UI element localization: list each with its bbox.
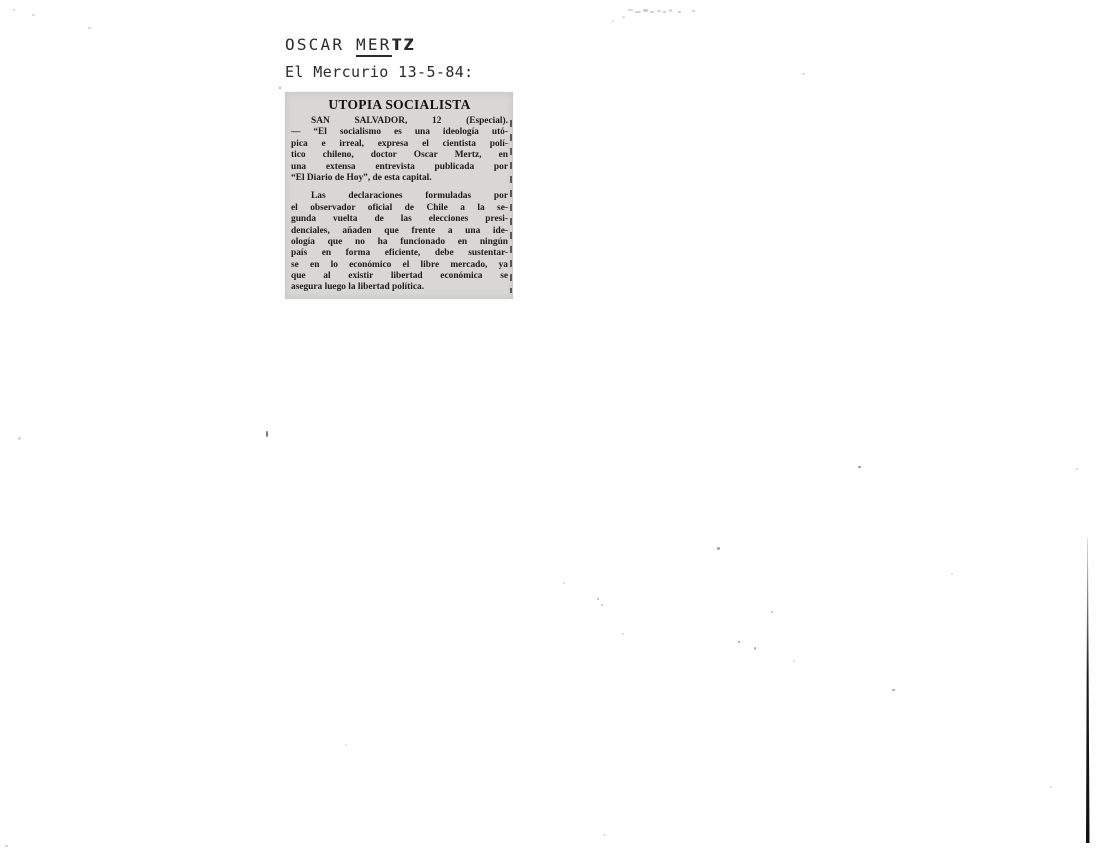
scan-speck [1050, 786, 1052, 788]
clipping-paragraph: Las declaraciones formuladas porel obser… [291, 191, 508, 294]
scan-speck [678, 11, 681, 13]
scan-speck [622, 16, 625, 18]
scan-speck [279, 87, 281, 89]
newspaper-clipping: UTOPIA SOCIALISTA SAN SALVADOR, 12 (Espe… [285, 92, 513, 299]
scan-speck [663, 11, 666, 13]
scan-speck [266, 431, 268, 437]
scan-speck [657, 10, 661, 12]
scan-speck [18, 437, 21, 440]
scan-speck [597, 598, 599, 600]
scan-speck [603, 834, 606, 836]
typed-source-line: El Mercurio 13-5-84: [285, 63, 474, 81]
scan-speck [563, 582, 565, 584]
clipping-text-line: gunda vuelta de las elecciones presi- [291, 214, 508, 225]
scan-speck [643, 9, 648, 12]
scan-speck [669, 9, 672, 12]
scan-speck [612, 20, 614, 22]
scan-speck [793, 660, 795, 662]
typed-name-overstruck: TZ [392, 35, 416, 54]
scan-speck [858, 466, 861, 468]
clipping-text-line: — “El socialismo es una ideología utó- [291, 127, 508, 138]
scan-speck [771, 611, 773, 613]
typed-author-name: OSCAR MERTZ [285, 35, 415, 54]
clipping-text-line: país en forma eficiente, debe sustentar- [291, 248, 508, 259]
scan-speck [802, 73, 805, 75]
scan-speck [951, 573, 953, 575]
scanned-page: OSCAR MERTZ El Mercurio 13-5-84: UTOPIA … [0, 0, 1100, 850]
column-rule [510, 120, 512, 293]
clipping-text-line: se en lo económico el libre mercado, ya [291, 260, 508, 271]
scan-speck [628, 9, 633, 11]
scan-speck [345, 744, 347, 746]
scan-speck [738, 641, 740, 643]
clipping-text-line: SAN SALVADOR, 12 (Especial). [291, 116, 508, 127]
clipping-text-line: Las declaraciones formuladas por [291, 191, 508, 202]
clipping-text-line: denciales, añaden que frente a una ide- [291, 226, 508, 237]
scan-speck [754, 647, 756, 650]
clipping-text-line: el observador oficial de Chile a la se- [291, 203, 508, 214]
typed-name-underlined: MER [356, 35, 392, 57]
clipping-body: SAN SALVADOR, 12 (Especial).— “El social… [291, 116, 508, 294]
scan-speck [5, 845, 8, 847]
clipping-text-line: tico chileno, doctor Oscar Mertz, en [291, 150, 508, 161]
scan-speck [601, 604, 603, 606]
scan-speck [650, 11, 654, 13]
clipping-text-line: ología que no ha funcionado en ningún [291, 237, 508, 248]
scan-fold-line [1086, 538, 1090, 843]
scan-speck [1076, 468, 1078, 470]
clipping-paragraph: SAN SALVADOR, 12 (Especial).— “El social… [291, 116, 508, 184]
clipping-text-line: una extensa entrevista publicada por [291, 162, 508, 173]
scan-speck [88, 27, 91, 29]
clipping-text-line: que al existir libertad económica se [291, 271, 508, 282]
clipping-text-line: “El Diario de Hoy”, de esta capital. [291, 173, 508, 184]
scan-speck [32, 14, 35, 16]
clipping-text-line: asegura luego la libertad política. [291, 282, 508, 293]
scan-speck [635, 11, 641, 13]
clipping-text-line: pica e irreal, expresa el cientista polí… [291, 139, 508, 150]
scan-speck [622, 633, 624, 635]
scan-speck [717, 547, 720, 550]
scan-speck [892, 689, 895, 691]
scan-speck [13, 9, 15, 11]
typed-name-prefix: OSCAR [285, 35, 356, 54]
scan-speck [692, 10, 695, 12]
clipping-headline: UTOPIA SOCIALISTA [291, 96, 508, 113]
